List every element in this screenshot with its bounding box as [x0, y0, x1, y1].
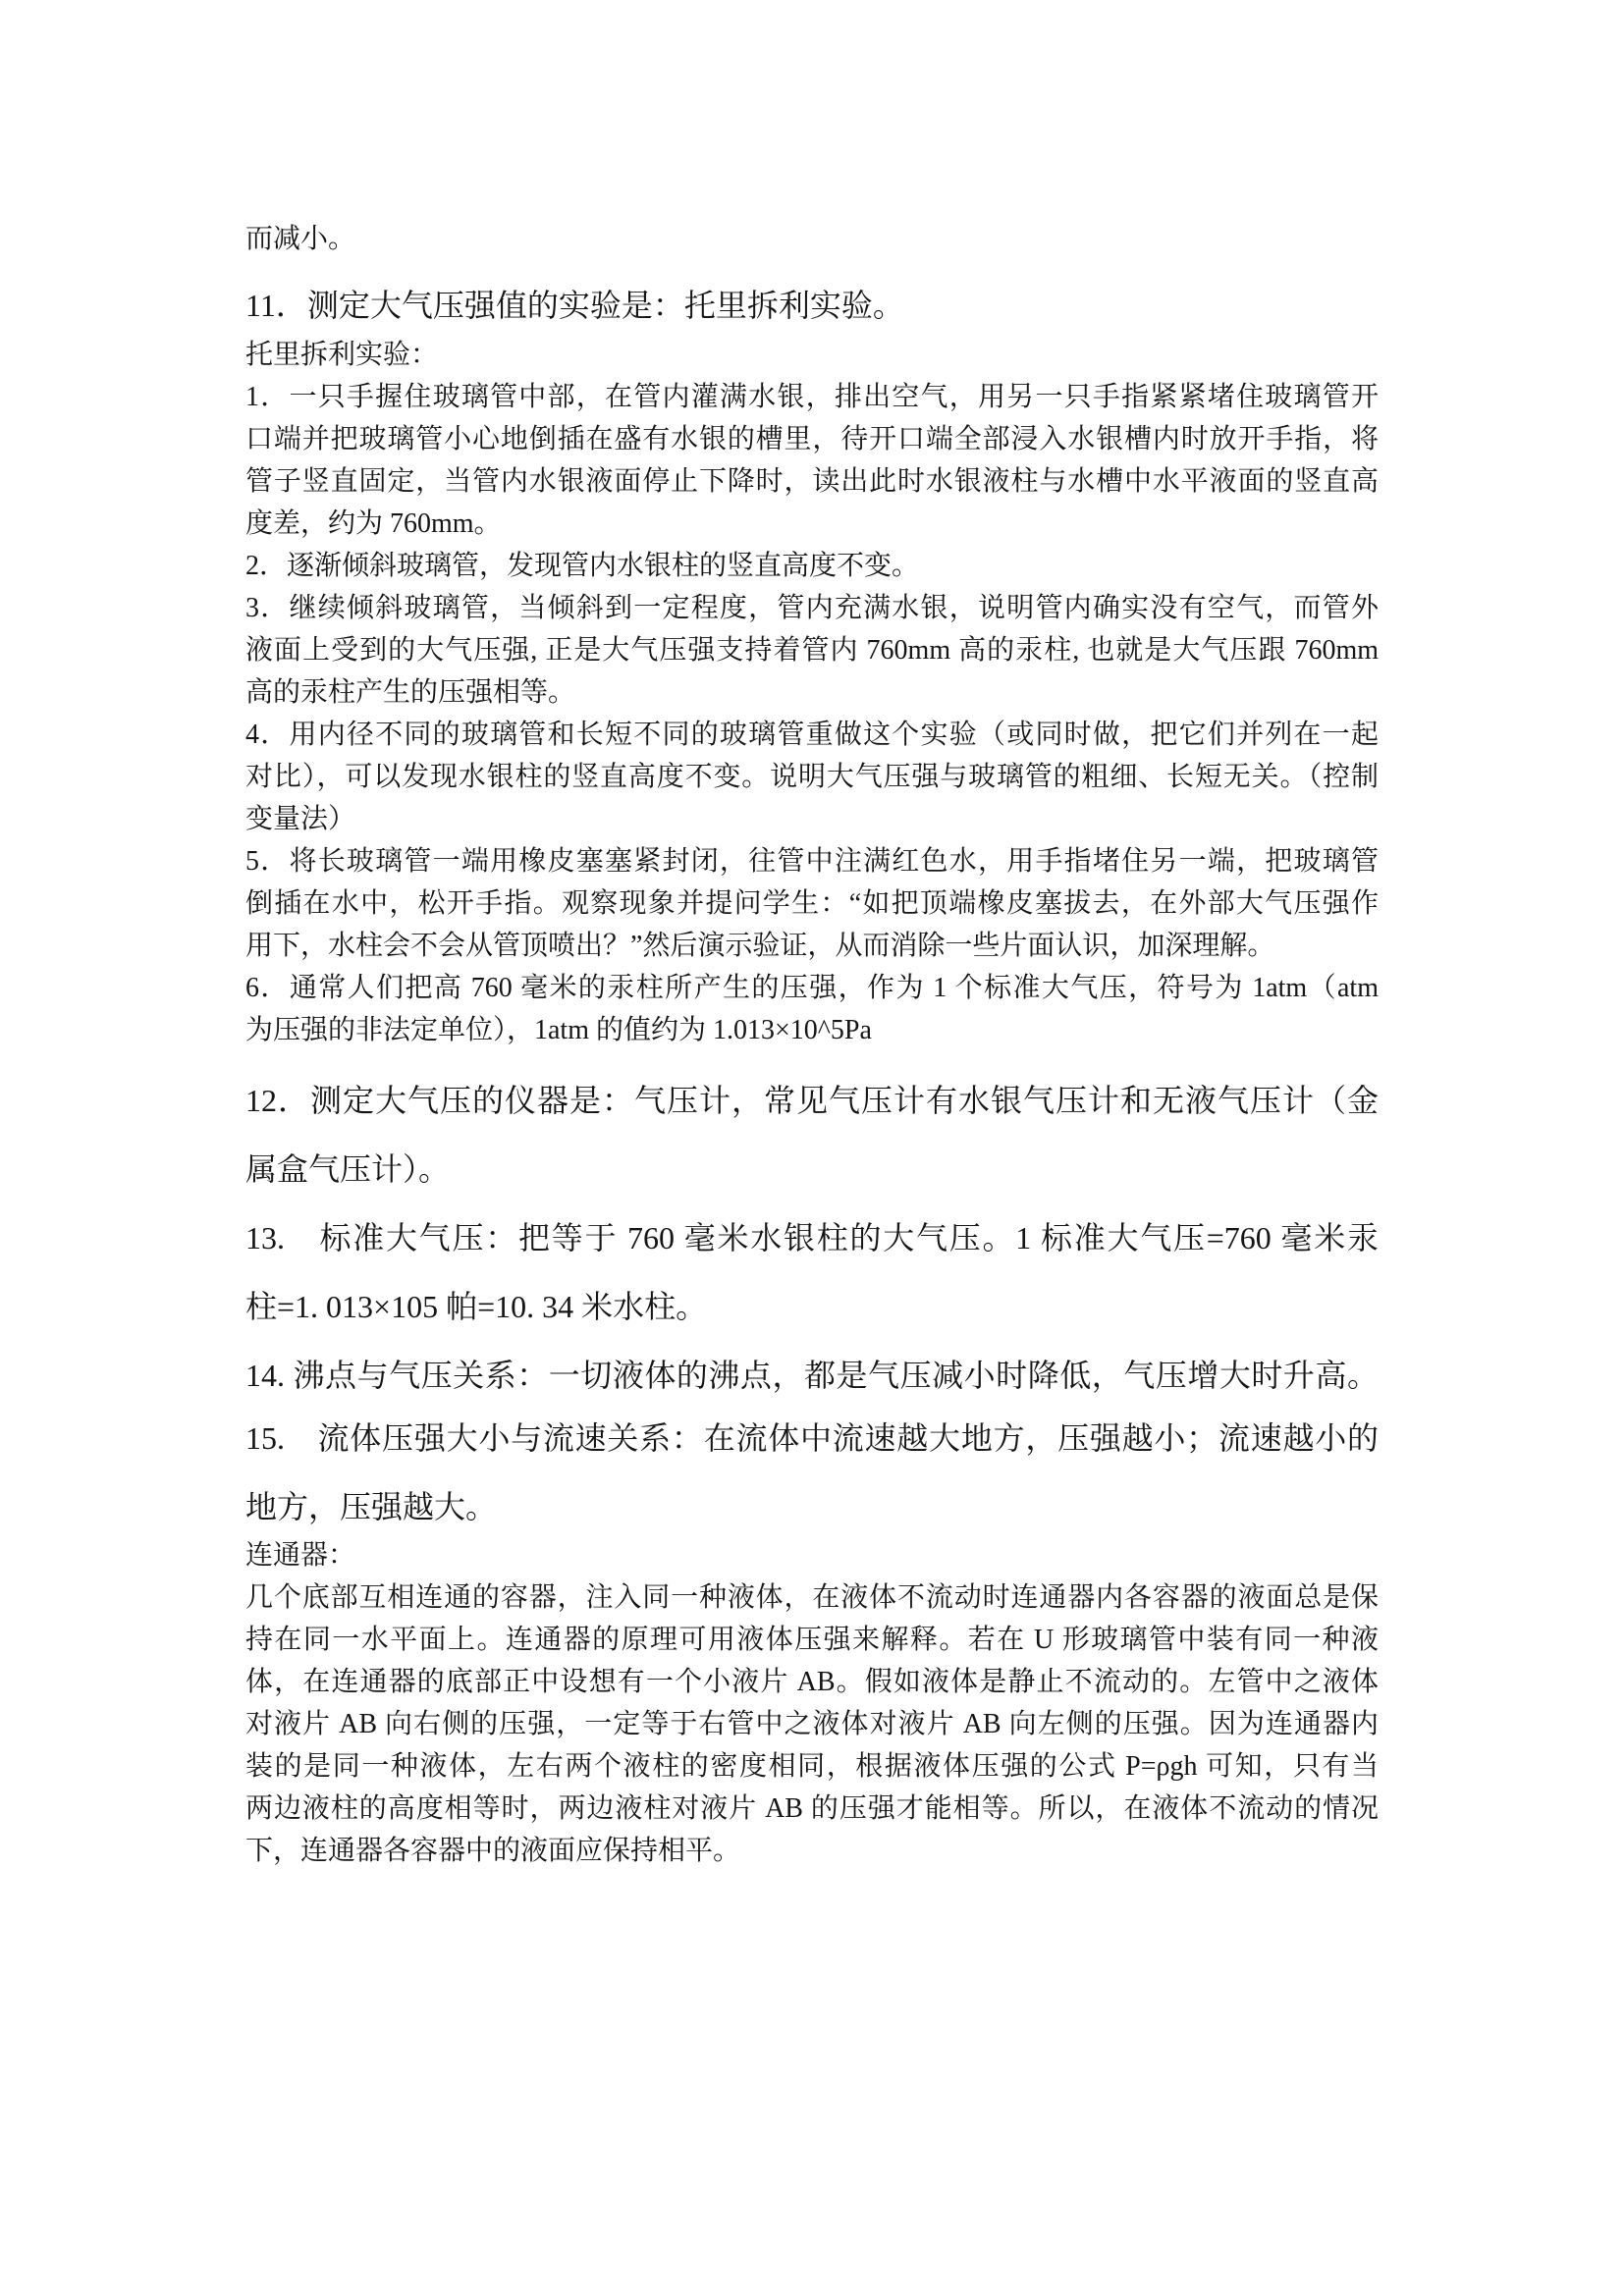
text-line: 3．继续倾斜玻璃管，当倾斜到一定程度，管内充满水银，说明管内确实没有空气，而管外: [245, 587, 1379, 629]
text-line: 体，在连通器的底部正中设想有一个小液片 AB。假如液体是静止不流动的。左管中之液…: [245, 1661, 1379, 1703]
torricelli-step-3: 3．继续倾斜玻璃管，当倾斜到一定程度，管内充满水银，说明管内确实没有空气，而管外…: [245, 587, 1379, 714]
torricelli-step-4: 4．用内径不同的玻璃管和长短不同的玻璃管重做这个实验（或同时做，把它们并列在一起…: [245, 714, 1379, 840]
document-page: 而减小。11．测定大气压强值的实验是：托里拆利实验。托里拆利实验：1．一只手握住…: [0, 0, 1624, 2296]
text-line: 倒插在水中，松开手指。观察现象并提问学生：“如把顶端橡皮塞拔去，在外部大气压强作: [245, 882, 1379, 925]
connected-vessels-paragraph: 几个底部互相连通的容器，注入同一种液体，在液体不流动时连通器内各容器的液面总是保…: [245, 1576, 1379, 1872]
document-body: 而减小。11．测定大气压强值的实验是：托里拆利实验。托里拆利实验：1．一只手握住…: [245, 218, 1379, 1872]
text-line: 13. 标准大气压：把等于 760 毫米水银柱的大气压。1 标准大气压=760 …: [245, 1203, 1379, 1272]
torricelli-step-5: 5．将长玻璃管一端用橡皮塞塞紧封闭，往管中注满红色水，用手指堵住另一端，把玻璃管…: [245, 840, 1379, 967]
paragraph-continuation: 而减小。: [245, 218, 1379, 260]
text-line: 高的汞柱产生的压强相等。: [245, 671, 1379, 714]
text-line: 12．测定大气压的仪器是：气压计，常见气压计有水银气压计和无液气压计（金: [245, 1066, 1379, 1135]
text-line: 托里拆利实验：: [245, 334, 1379, 376]
text-line: 对液片 AB 向右侧的压强，一定等于右管中之液体对液片 AB 向左侧的压强。因为…: [245, 1703, 1379, 1745]
torricelli-step-1: 1．一只手握住玻璃管中部，在管内灌满水银，排出空气，用另一只手指紧紧堵住玻璃管开…: [245, 376, 1379, 545]
text-line: 液面上受到的大气压强, 正是大气压强支持着管内 760mm 高的汞柱, 也就是大…: [245, 629, 1379, 671]
text-line: 14. 沸点与气压关系：一切液体的沸点，都是气压减小时降低，气压增大时升高。: [245, 1341, 1379, 1410]
text-line: 6．通常人们把高 760 毫米的汞柱所产生的压强，作为 1 个标准大气压，符号为…: [245, 967, 1379, 1009]
text-line: 11．测定大气压强值的实验是：托里拆利实验。: [245, 271, 1379, 340]
item-11: 11．测定大气压强值的实验是：托里拆利实验。: [245, 271, 1379, 340]
text-line: 地方，压强越大。: [245, 1472, 1379, 1541]
text-line: 持在同一水平面上。连通器的原理可用液体压强来解释。若在 U 形玻璃管中装有同一种…: [245, 1619, 1379, 1661]
text-line: 15. 流体压强大小与流速关系：在流体中流速越大地方，压强越小；流速越小的: [245, 1404, 1379, 1472]
text-line: 而减小。: [245, 218, 1379, 260]
text-line: 两边液柱的高度相等时，两边液柱对液片 AB 的压强才能相等。所以，在液体不流动的…: [245, 1788, 1379, 1830]
text-line: 柱=1. 013×105 帕=10. 34 米水柱。: [245, 1272, 1379, 1341]
item-14: 14. 沸点与气压关系：一切液体的沸点，都是气压减小时降低，气压增大时升高。: [245, 1341, 1379, 1410]
torricelli-step-2: 2．逐渐倾斜玻璃管，发现管内水银柱的竖直高度不变。: [245, 545, 1379, 587]
text-line: 为压强的非法定单位），1atm 的值约为 1.013×10^5Pa: [245, 1009, 1379, 1051]
text-line: 对比），可以发现水银柱的竖直高度不变。说明大气压强与玻璃管的粗细、长短无关。（控…: [245, 756, 1379, 798]
text-line: 装的是同一种液体，左右两个液柱的密度相同，根据液体压强的公式 P=ρgh 可知，…: [245, 1745, 1379, 1788]
item-13: 13. 标准大气压：把等于 760 毫米水银柱的大气压。1 标准大气压=760 …: [245, 1203, 1379, 1341]
torricelli-step-6: 6．通常人们把高 760 毫米的汞柱所产生的压强，作为 1 个标准大气压，符号为…: [245, 967, 1379, 1051]
item-12: 12．测定大气压的仪器是：气压计，常见气压计有水银气压计和无液气压计（金属盒气压…: [245, 1066, 1379, 1203]
text-line: 度差，约为 760mm。: [245, 503, 1379, 545]
text-line: 下，连通器各容器中的液面应保持相平。: [245, 1830, 1379, 1872]
item-15: 15. 流体压强大小与流速关系：在流体中流速越大地方，压强越小；流速越小的地方，…: [245, 1404, 1379, 1541]
text-line: 变量法）: [245, 798, 1379, 840]
text-line: 口端并把玻璃管小心地倒插在盛有水银的槽里，待开口端全部浸入水银槽内时放开手指，将: [245, 418, 1379, 460]
text-line: 5．将长玻璃管一端用橡皮塞塞紧封闭，往管中注满红色水，用手指堵住另一端，把玻璃管: [245, 840, 1379, 882]
text-line: 4．用内径不同的玻璃管和长短不同的玻璃管重做这个实验（或同时做，把它们并列在一起: [245, 714, 1379, 756]
text-line: 管子竖直固定，当管内水银液面停止下降时，读出此时水银液柱与水槽中水平液面的竖直高: [245, 460, 1379, 503]
text-line: 2．逐渐倾斜玻璃管，发现管内水银柱的竖直高度不变。: [245, 545, 1379, 587]
text-line: 几个底部互相连通的容器，注入同一种液体，在液体不流动时连通器内各容器的液面总是保: [245, 1576, 1379, 1619]
torricelli-experiment-label: 托里拆利实验：: [245, 334, 1379, 376]
text-line: 1．一只手握住玻璃管中部，在管内灌满水银，排出空气，用另一只手指紧紧堵住玻璃管开: [245, 376, 1379, 418]
text-line: 用下，水柱会不会从管顶喷出？”然后演示验证，从而消除一些片面认识，加深理解。: [245, 925, 1379, 967]
text-line: 属盒气压计）。: [245, 1135, 1379, 1203]
